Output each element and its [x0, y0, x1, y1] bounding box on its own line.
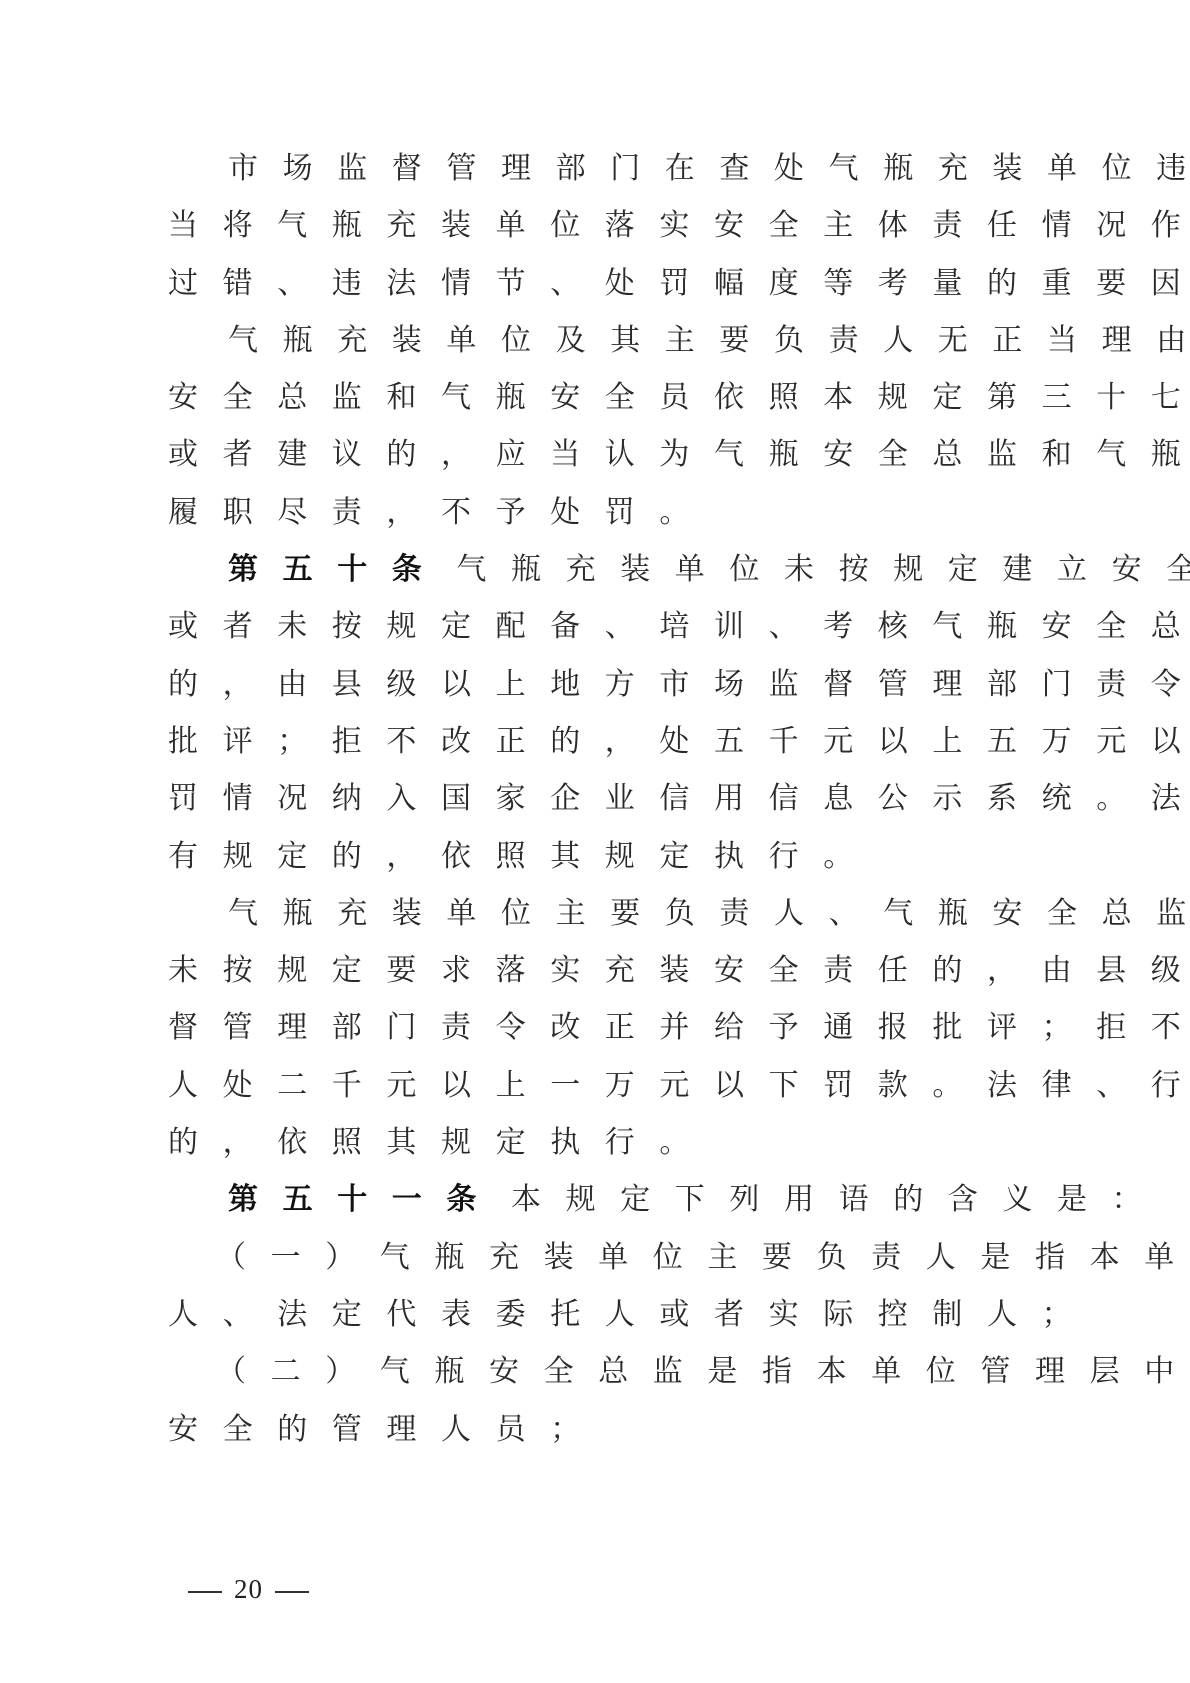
page-number: 20: [234, 1574, 263, 1604]
article-heading: 第五十条: [228, 552, 446, 587]
text-line: 当将气瓶充装单位落实安全主体责任情况作为判断其主观: [168, 197, 958, 254]
text-line: 批评；拒不改正的，处五千元以上五万元以下罚款，并将处: [168, 713, 958, 770]
article-heading: 第五十一条: [228, 1182, 501, 1217]
text-line: 安全总监和气瓶安全员依照本规定第三十七条提出的意见: [168, 369, 958, 426]
text-line: 安全的管理人员；: [168, 1401, 958, 1458]
text-line: 人处二千元以上一万元以下罚款。法律、行政法规另有规定: [168, 1057, 958, 1114]
text-line: （一）气瓶充装单位主要负责人是指本单位的法定代表: [168, 1229, 958, 1286]
text-line: 的，由县级以上地方市场监督管理部门责令改正并给予通报: [168, 656, 958, 713]
text-line: 气瓶充装单位未按规定建立安全管理制度，: [456, 552, 1190, 587]
text-line: 本规定下列用语的含义是：: [511, 1182, 1166, 1217]
text-line: 气瓶充装单位主要负责人、气瓶安全总监、气瓶安全员: [168, 885, 958, 942]
text-line: 气瓶充装单位及其主要负责人无正当理由未采纳气瓶: [168, 312, 958, 369]
document-body: 市场监督管理部门在查处气瓶充装单位违法行为时，应 当将气瓶充装单位落实安全主体责…: [168, 140, 958, 1458]
text-line: 履职尽责，不予处罚。: [168, 484, 958, 541]
footer-dash-left: [188, 1591, 222, 1593]
article-51-first-line: 第五十一条本规定下列用语的含义是：: [168, 1171, 958, 1228]
text-line: 未按规定要求落实充装安全责任的，由县级以上地方市场监: [168, 942, 958, 999]
document-page: 市场监督管理部门在查处气瓶充装单位违法行为时，应 当将气瓶充装单位落实安全主体责…: [0, 0, 1190, 1683]
text-line: 罚情况纳入国家企业信用信息公示系统。法律、行政法规另: [168, 770, 958, 827]
article-50-first-line: 第五十条气瓶充装单位未按规定建立安全管理制度，: [168, 541, 958, 598]
text-line: 或者建议的，应当认为气瓶安全总监和气瓶安全员已经依法: [168, 426, 958, 483]
text-line: 督管理部门责令改正并给予通报批评；拒不改正的，对责任: [168, 999, 958, 1056]
text-line: 有规定的，依照其规定执行。: [168, 828, 958, 885]
page-number-footer: 20: [176, 1574, 321, 1605]
text-line: 过错、违法情节、处罚幅度等考量的重要因素。: [168, 255, 958, 312]
text-line: （二）气瓶安全总监是指本单位管理层中负责气瓶充装: [168, 1343, 958, 1400]
footer-dash-right: [275, 1591, 309, 1593]
text-line: 的，依照其规定执行。: [168, 1114, 958, 1171]
text-line: 人、法定代表委托人或者实际控制人；: [168, 1286, 958, 1343]
text-line: 或者未按规定配备、培训、考核气瓶安全总监和气瓶安全员: [168, 598, 958, 655]
text-line: 市场监督管理部门在查处气瓶充装单位违法行为时，应: [168, 140, 958, 197]
